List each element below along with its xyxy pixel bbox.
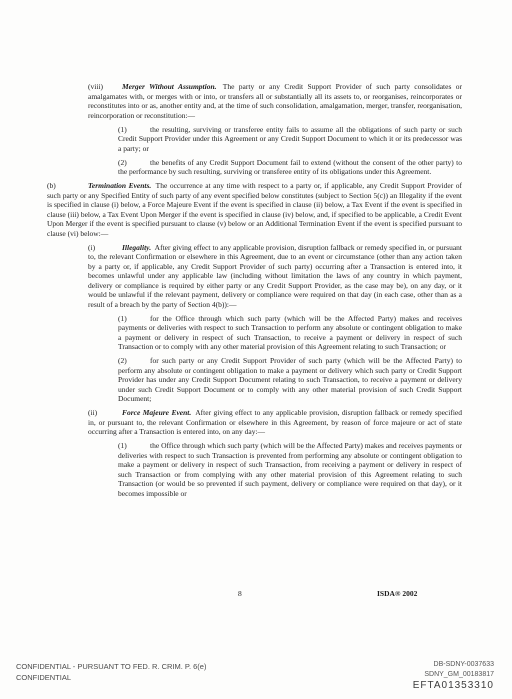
clause-heading: Termination Events. xyxy=(88,181,151,190)
bates-number-1: DB-SDNY-0037633 xyxy=(413,660,494,670)
confidentiality-line-2: CONFIDENTIAL xyxy=(16,672,206,683)
document-page: (viii)Merger Without Assumption. The par… xyxy=(0,0,512,699)
clause-text: the Office through which such party (whi… xyxy=(118,441,462,498)
subclause-i-2: (2)for such party or any Credit Support … xyxy=(118,356,462,404)
clause-label: (2) xyxy=(118,356,150,366)
confidentiality-line-1: CONFIDENTIAL - PURSUANT TO FED. R. CRIM.… xyxy=(16,661,206,672)
subclause-viii-2: (2)the benefits of any Credit Support Do… xyxy=(118,158,462,177)
clause-label: (1) xyxy=(118,125,150,135)
section-b-termination-events: (b)Termination Events. The occurrence at… xyxy=(47,181,462,238)
document-body: (viii)Merger Without Assumption. The par… xyxy=(47,82,462,503)
subclause-ii-1: (1)the Office through which such party (… xyxy=(118,441,462,498)
clause-label: (ii) xyxy=(88,408,122,418)
clause-text: the resulting, surviving or transferee e… xyxy=(118,125,462,153)
efta-stamp: EFTA01353310 xyxy=(413,680,494,691)
clause-text: for such party or any Credit Support Pro… xyxy=(118,356,462,403)
clause-heading: Illegality. xyxy=(122,243,151,252)
page-number: 8 xyxy=(238,589,242,598)
clause-label: (viii) xyxy=(88,82,122,92)
clause-heading: Merger Without Assumption. xyxy=(122,82,217,91)
isda-copyright-mark: ISDA® 2002 xyxy=(377,589,417,598)
clause-ii-force-majeure-event: (ii)Force Majeure Event. After giving ef… xyxy=(88,408,462,437)
clause-label: (1) xyxy=(118,314,150,324)
clause-i-illegality: (i)Illegality. After giving effect to an… xyxy=(88,243,462,310)
clause-text: the benefits of any Credit Support Docum… xyxy=(118,158,462,177)
clause-label: (1) xyxy=(118,441,150,451)
subclause-i-1: (1)for the Office through which such par… xyxy=(118,314,462,352)
subclause-viii-1: (1)the resulting, surviving or transfere… xyxy=(118,125,462,154)
bates-numbers: DB-SDNY-0037633 SDNY_GM_00183817 EFTA013… xyxy=(413,660,494,691)
clause-label: (b) xyxy=(47,181,88,191)
bates-number-2: SDNY_GM_00183817 xyxy=(413,670,494,680)
clause-text: After giving effect to any applicable pr… xyxy=(88,243,462,309)
clause-text: for the Office through which such party … xyxy=(118,314,462,352)
clause-label: (i) xyxy=(88,243,122,253)
clause-heading: Force Majeure Event. xyxy=(122,408,191,417)
clause-label: (2) xyxy=(118,158,150,168)
clause-viii-merger-without-assumption: (viii)Merger Without Assumption. The par… xyxy=(88,82,462,120)
confidentiality-legend: CONFIDENTIAL - PURSUANT TO FED. R. CRIM.… xyxy=(16,661,206,683)
